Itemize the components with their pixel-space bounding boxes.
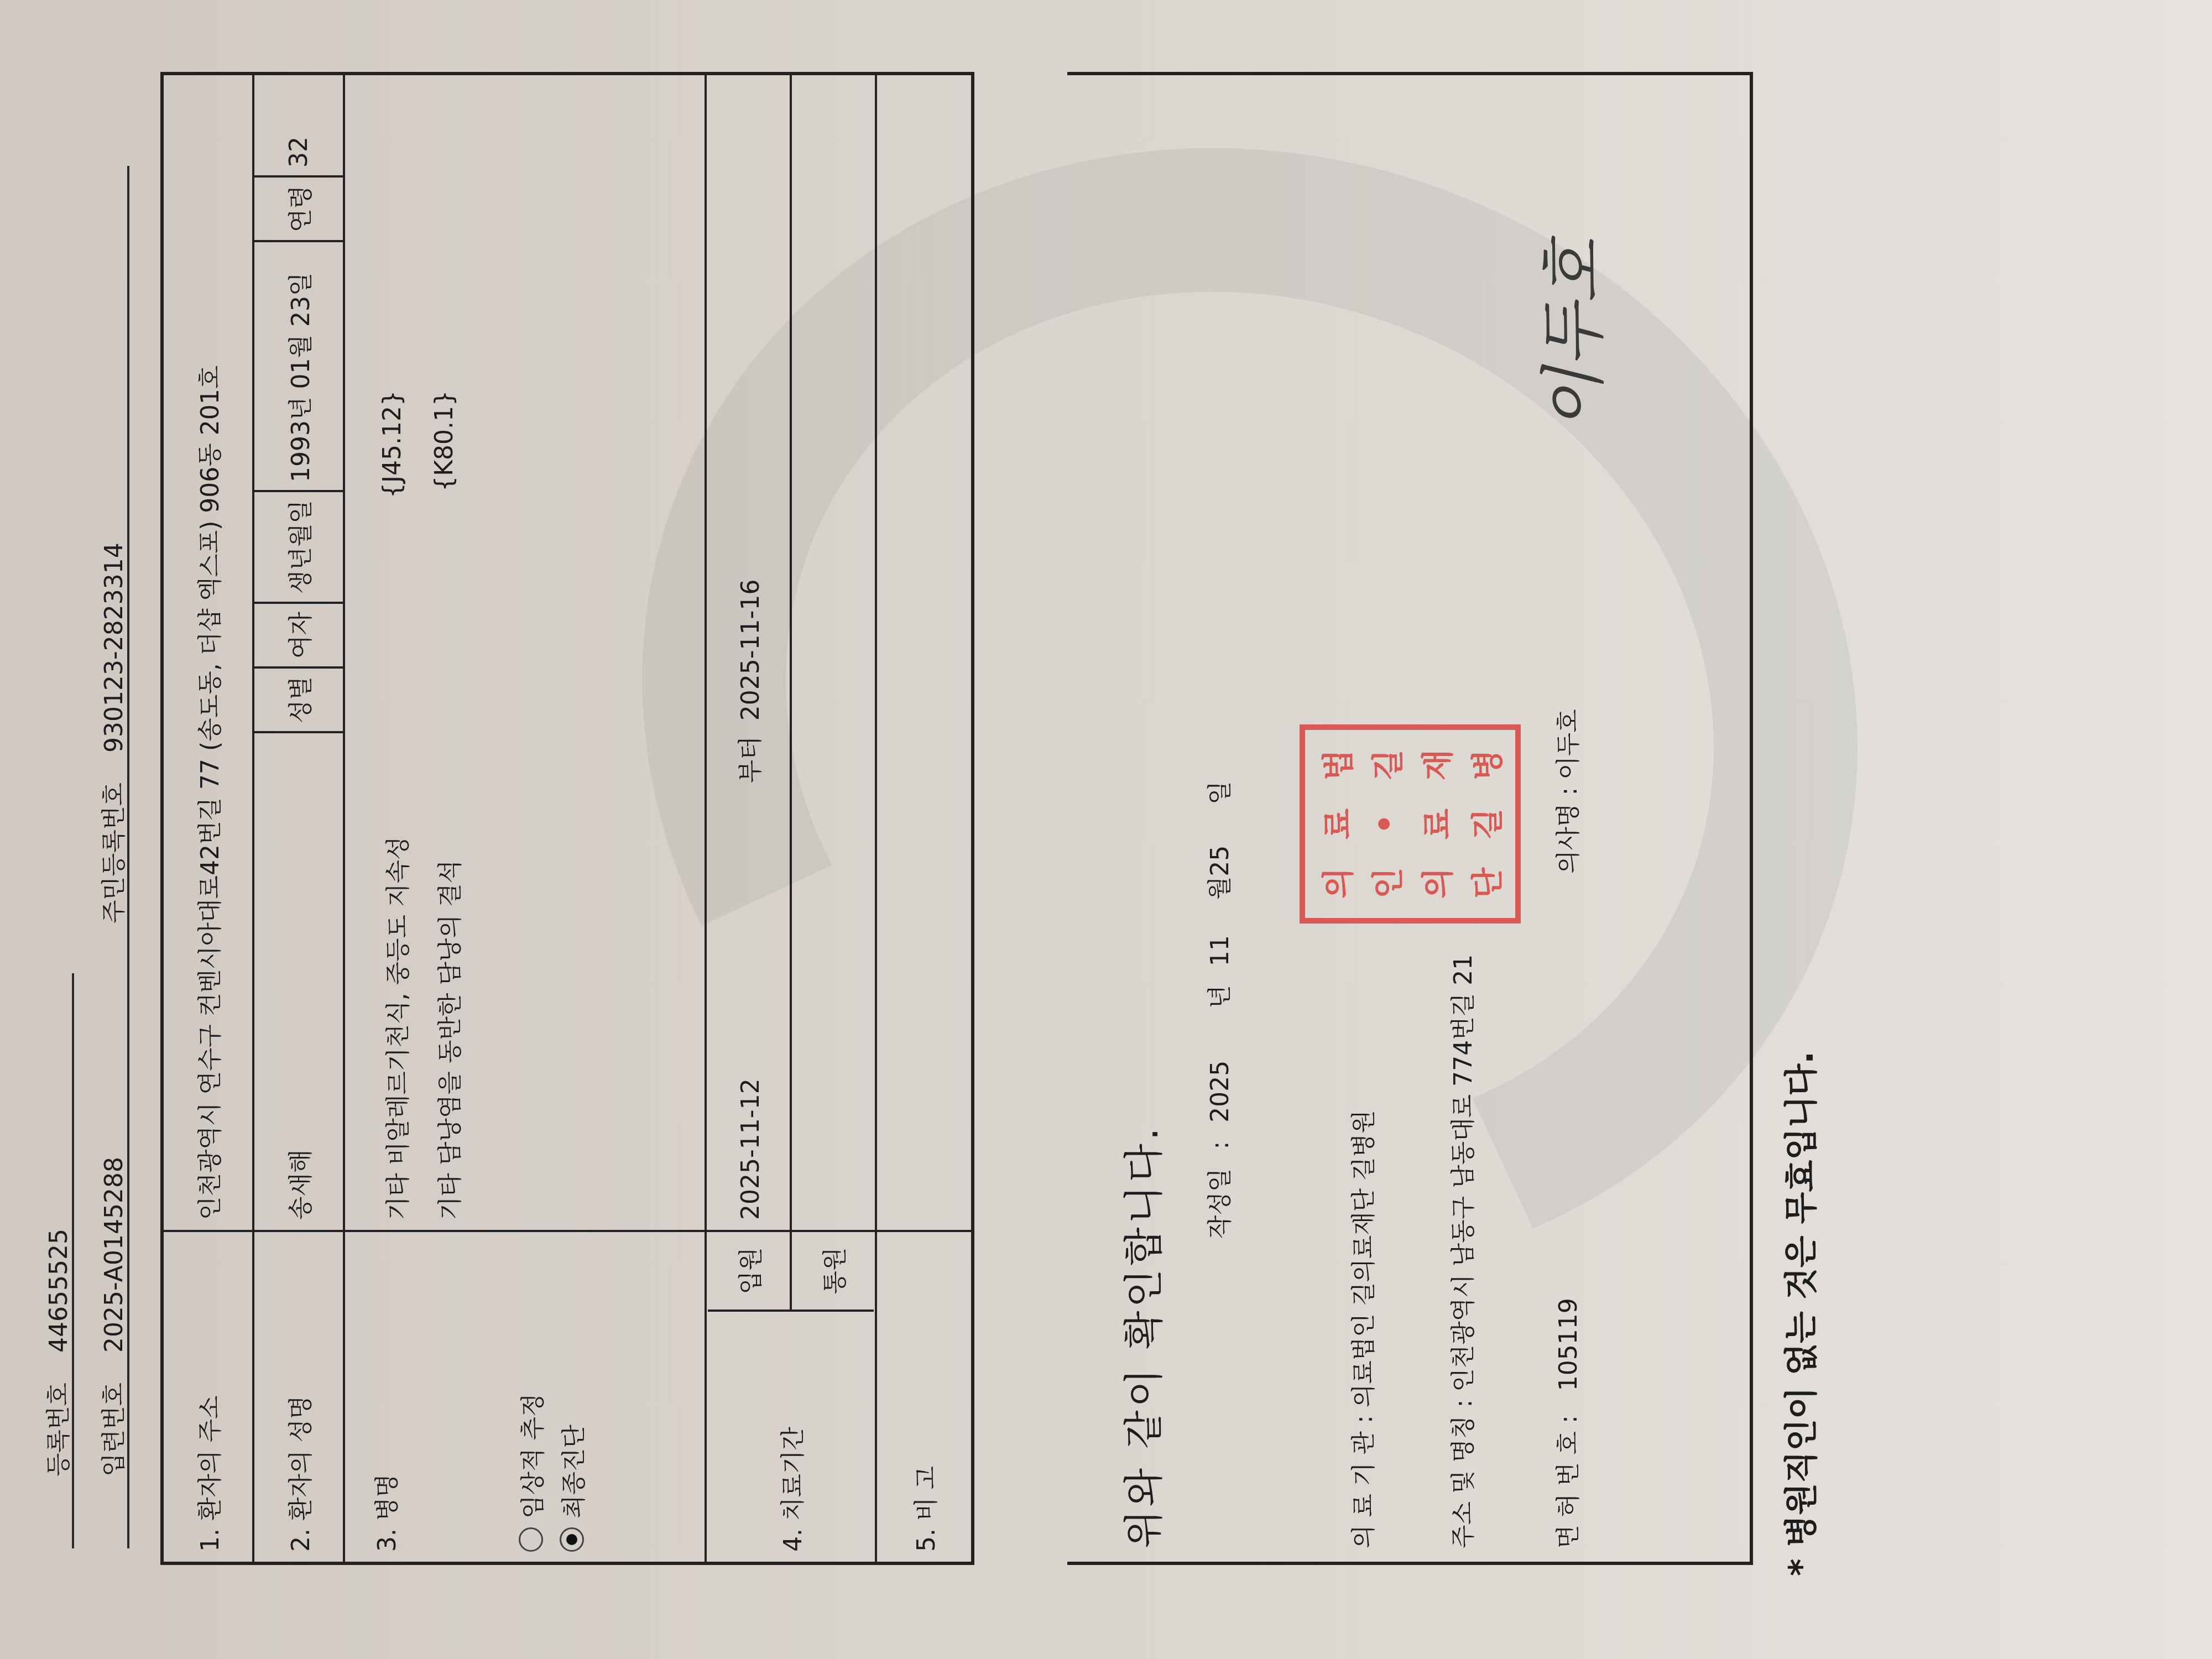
seal-glyph: 료 bbox=[1312, 808, 1359, 839]
registration-number: 등록번호 44655525 bbox=[39, 1229, 74, 1477]
radio-checked-icon[interactable] bbox=[560, 1527, 584, 1552]
certificate-page: 입 원 확 인 서 등록번호 44655525 입련번호 2025-A01452… bbox=[0, 55, 1853, 1659]
table-row-note: 5. 비 고 bbox=[876, 74, 973, 1563]
option-final-diagnosis[interactable]: 최종진단 bbox=[554, 1242, 589, 1552]
gender-value: 여자 bbox=[254, 604, 343, 669]
seal-glyph: 길 bbox=[1462, 808, 1508, 839]
outpatient-label: 통원 bbox=[792, 1232, 874, 1310]
diagnosis-item: 기타 비알레르기천식, 중등도 지속성 {J45.12} bbox=[378, 390, 414, 1220]
seal-glyph: 길 bbox=[1362, 749, 1408, 780]
age-value: 32 bbox=[254, 129, 343, 178]
admission-form-table: 1. 환자의 주소 인천광역시 연수구 컨벤시아대로42번길 77 (송도동, … bbox=[160, 72, 974, 1565]
seal-glyph: 료 bbox=[1412, 808, 1458, 839]
inpatient-from: 2025-11-12 bbox=[737, 1078, 765, 1220]
outpatient-value bbox=[791, 74, 876, 1231]
table-row-disease: 3. 병명 임상적 추정 최종진단 기타 비알레르기천 bbox=[344, 74, 706, 1563]
resident-number: 주민등록번호 930123-2823314 bbox=[94, 542, 129, 924]
address-label: 1. 환자의 주소 bbox=[162, 1231, 253, 1563]
table-row-inpatient: 4. 치료기간 입원 통원 2025-11-12 부터 2025-11-16 bbox=[706, 74, 791, 1563]
institution-name: 의 료 기 관 : 의료법인 길의료재단 길병원 bbox=[1344, 1110, 1379, 1548]
period-label: 4. 치료기간 bbox=[708, 1312, 874, 1562]
dob-value: 1993년 01월 23일 bbox=[254, 242, 343, 492]
radio-unchecked-icon[interactable] bbox=[519, 1527, 543, 1552]
hospital-seal-stamp: 의료법인•길의료재단길병 bbox=[1300, 724, 1521, 924]
inpatient-to: 2025-11-16 bbox=[737, 580, 765, 721]
inpatient-label: 입원 bbox=[708, 1232, 792, 1310]
seal-glyph: 재 bbox=[1412, 749, 1458, 780]
diagnosis-item: 기타 담낭염을 동반한 담낭의 결석 {K80.1} bbox=[430, 390, 466, 1220]
seal-glyph: 인 bbox=[1362, 868, 1408, 899]
validity-footnote: * 병원직인이 없는 것은 무효입니다. bbox=[1775, 1051, 1823, 1576]
institution-address: 주소 및 명칭 : 인천광역시 남동구 남동대로 774번길 21 bbox=[1443, 954, 1479, 1548]
age-label: 연령 bbox=[254, 178, 343, 242]
divider bbox=[127, 166, 129, 1548]
from-label: 부터 bbox=[737, 736, 765, 783]
dob-label: 생년월일 bbox=[254, 492, 343, 604]
admission-number: 입련번호 2025-A0145288 bbox=[94, 1157, 129, 1477]
confirmation-text: 위와 같이 확인합니다. bbox=[1112, 1124, 1169, 1548]
note-value bbox=[876, 74, 973, 1231]
seal-glyph: 병 bbox=[1462, 749, 1508, 780]
note-label: 5. 비 고 bbox=[876, 1231, 973, 1563]
doctor-signature: 이두호 bbox=[1521, 239, 1616, 431]
seal-glyph: • bbox=[1366, 813, 1404, 834]
license-number: 면 허 번 호 : 105119 bbox=[1548, 1298, 1584, 1548]
seal-glyph: 의 bbox=[1312, 868, 1359, 899]
address-value: 인천광역시 연수구 컨벤시아대로42번길 77 (송도동, 더샵 엑스포) 90… bbox=[162, 74, 253, 1231]
disease-label: 3. 병명 bbox=[367, 1242, 403, 1552]
table-row-name: 2. 환자의 성명 송새해 성별 여자 생년월일 1993년 01월 23일 연… bbox=[253, 74, 344, 1563]
patient-name: 송새해 bbox=[254, 733, 343, 1230]
table-row-address: 1. 환자의 주소 인천광역시 연수구 컨벤시아대로42번길 77 (송도동, … bbox=[162, 74, 253, 1563]
seal-glyph: 단 bbox=[1462, 868, 1508, 899]
seal-glyph: 의 bbox=[1412, 868, 1458, 899]
option-clinical-estimate[interactable]: 임상적 추정 bbox=[513, 1242, 549, 1552]
gender-label: 성별 bbox=[254, 669, 343, 733]
written-date: 작성일 : 2025 년 11 월25 일 bbox=[1200, 781, 1235, 1239]
divider bbox=[72, 973, 74, 1548]
doctor-name: 의사명 : 이두호 bbox=[1548, 709, 1584, 874]
seal-glyph: 법 bbox=[1312, 749, 1359, 780]
name-label: 2. 환자의 성명 bbox=[253, 1231, 344, 1563]
